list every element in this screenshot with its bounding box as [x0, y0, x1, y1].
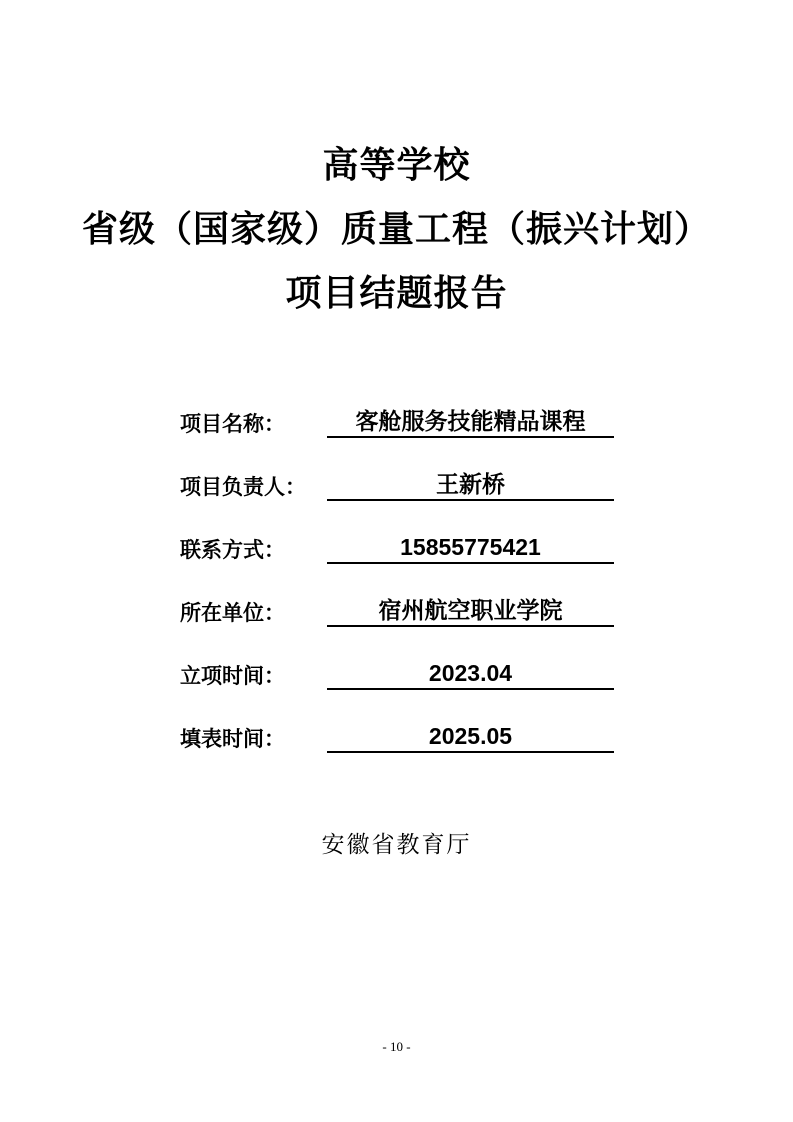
- project-leader-label: 项目负责人：: [180, 476, 327, 501]
- form-row-fill-date: 填表时间： 2025.05: [180, 690, 614, 753]
- form-row-project-leader: 项目负责人： 王新桥: [180, 438, 614, 501]
- issuer-text: 安徽省教育厅: [0, 826, 793, 859]
- fill-date-label: 填表时间：: [180, 728, 327, 753]
- approval-date-label: 立项时间：: [180, 665, 327, 690]
- document-title: 高等学校 省级（国家级）质量工程（振兴计划） 项目结题报告: [0, 133, 793, 325]
- page-number: - 10 -: [0, 1039, 793, 1055]
- approval-date-value: 2023.04: [327, 661, 614, 690]
- title-line-3: 项目结题报告: [0, 261, 793, 325]
- contact-value: 15855775421: [327, 535, 614, 564]
- project-name-value: 客舱服务技能精品课程: [327, 409, 614, 438]
- organization-value: 宿州航空职业学院: [327, 598, 614, 627]
- cover-form: 项目名称： 客舱服务技能精品课程 项目负责人： 王新桥 联系方式： 158557…: [180, 375, 614, 753]
- form-row-organization: 所在单位： 宿州航空职业学院: [180, 564, 614, 627]
- form-row-approval-date: 立项时间： 2023.04: [180, 627, 614, 690]
- fill-date-value: 2025.05: [327, 724, 614, 753]
- title-line-1: 高等学校: [0, 133, 793, 197]
- report-cover-page: 高等学校 省级（国家级）质量工程（振兴计划） 项目结题报告 项目名称： 客舱服务…: [0, 0, 793, 1122]
- project-leader-value: 王新桥: [327, 472, 614, 501]
- contact-label: 联系方式：: [180, 539, 327, 564]
- title-line-2: 省级（国家级）质量工程（振兴计划）: [0, 197, 793, 261]
- project-name-label: 项目名称：: [180, 413, 327, 438]
- organization-label: 所在单位：: [180, 602, 327, 627]
- form-row-project-name: 项目名称： 客舱服务技能精品课程: [180, 375, 614, 438]
- form-row-contact: 联系方式： 15855775421: [180, 501, 614, 564]
